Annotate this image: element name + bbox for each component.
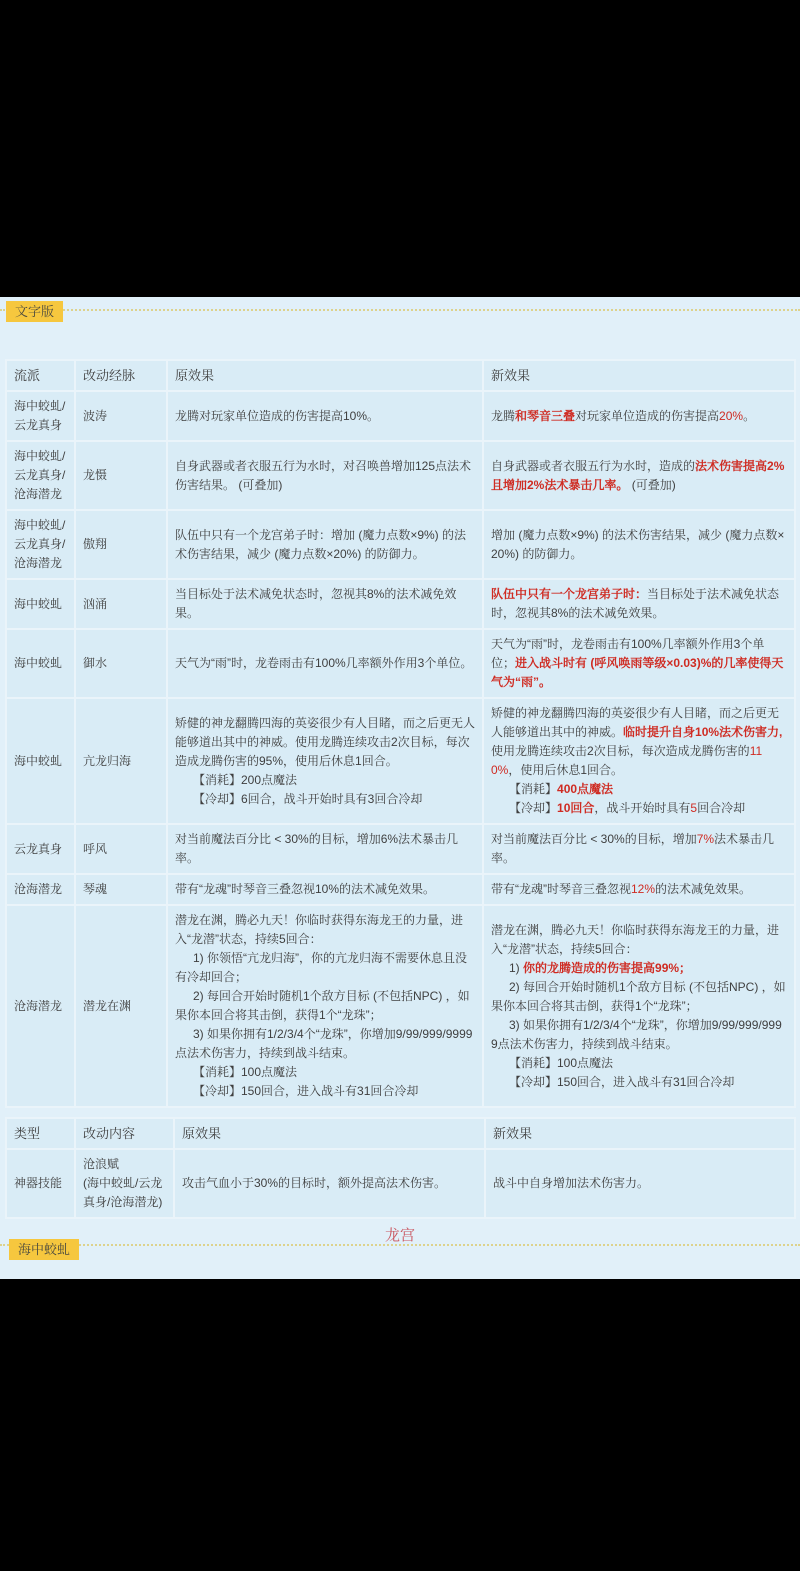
cell-new-effect: 队伍中只有一个龙宫弟子时：当目标处于法术减免状态时，忽视其8%的法术减免效果。	[483, 579, 795, 629]
cell-new-effect: 龙腾和琴音三叠对玩家单位造成的伤害提高20%。	[483, 391, 795, 441]
table-row: 海中蛟虬/云龙真身/沧海潜龙龙慑自身武器或者衣服五行为水时，对召唤兽增加125点…	[6, 441, 795, 510]
cell-old-effect: 龙腾对玩家单位造成的伤害提高10%。	[167, 391, 483, 441]
table-row: 海中蛟虬亢龙归海矫健的神龙翻腾四海的英姿很少有人目睹，而之后更无人能够道出其中的…	[6, 698, 795, 824]
cell-meridian: 呼风	[75, 824, 167, 874]
table-row: 沧海潜龙潜龙在渊潜龙在渊，腾必九天！你临时获得东海龙王的力量，进入“龙潜”状态，…	[6, 905, 795, 1107]
cell-new-effect: 带有“龙魂”时琴音三叠忽视12%的法术减免效果。	[483, 874, 795, 905]
letterbox-top	[0, 0, 800, 297]
cell-old-effect: 攻击气血小于30%的目标时，额外提高法术伤害。	[174, 1149, 485, 1218]
artifact-skill-table: 类型改动内容原效果新效果神器技能沧浪赋 (海中蛟虬/云龙真身/沧海潜龙)攻击气血…	[5, 1117, 796, 1219]
cell-school: 沧海潜龙	[6, 905, 75, 1107]
cell-content: 沧浪赋 (海中蛟虬/云龙真身/沧海潜龙)	[75, 1149, 174, 1218]
meridian-changes-table: 流派改动经脉原效果新效果海中蛟虬/云龙真身波涛龙腾对玩家单位造成的伤害提高10%…	[5, 359, 796, 1108]
cell-school: 云龙真身	[6, 824, 75, 874]
top-dotted-divider	[0, 309, 800, 311]
letterbox-bottom	[0, 1279, 800, 1571]
article-image: 文字版 流派改动经脉原效果新效果海中蛟虬/云龙真身波涛龙腾对玩家单位造成的伤害提…	[0, 297, 800, 1279]
cell-new-effect: 自身武器或者衣服五行为水时，造成的法术伤害提高2%且增加2%法术暴击几率。 (可…	[483, 441, 795, 510]
col-header-content: 改动内容	[75, 1118, 174, 1149]
cell-old-effect: 带有“龙魂”时琴音三叠忽视10%的法术减免效果。	[167, 874, 483, 905]
section-label-text-version: 文字版	[6, 301, 63, 322]
header-row: 类型改动内容原效果新效果	[6, 1118, 795, 1149]
cell-school: 海中蛟虬/云龙真身/沧海潜龙	[6, 441, 75, 510]
col-header-type: 类型	[6, 1118, 75, 1149]
table-row: 沧海潜龙琴魂带有“龙魂”时琴音三叠忽视10%的法术减免效果。带有“龙魂”时琴音三…	[6, 874, 795, 905]
cell-new-effect: 增加 (魔力点数×9%) 的法术伤害结果，减少 (魔力点数×20%) 的防御力。	[483, 510, 795, 579]
cell-meridian: 琴魂	[75, 874, 167, 905]
cell-old-effect: 潜龙在渊，腾必九天！你临时获得东海龙王的力量，进入“龙潜”状态，持续5回合：1)…	[167, 905, 483, 1107]
cell-meridian: 御水	[75, 629, 167, 698]
cell-meridian: 波涛	[75, 391, 167, 441]
cell-new-effect: 战斗中自身增加法术伤害力。	[485, 1149, 795, 1218]
cell-old-effect: 天气为“雨”时，龙卷雨击有100%几率额外作用3个单位。	[167, 629, 483, 698]
cell-new-effect: 矫健的神龙翻腾四海的英姿很少有人目睹，而之后更无人能够道出其中的神威。临时提升自…	[483, 698, 795, 824]
cell-old-effect: 当目标处于法术减免状态时，忽视其8%的法术减免效果。	[167, 579, 483, 629]
cell-meridian: 潜龙在渊	[75, 905, 167, 1107]
section-label-haizhong-jiaoqiu: 海中蛟虬	[9, 1239, 79, 1260]
cell-new-effect: 对当前魔法百分比 < 30%的目标，增加7%法术暴击几率。	[483, 824, 795, 874]
cell-meridian: 傲翔	[75, 510, 167, 579]
cell-meridian: 汹涌	[75, 579, 167, 629]
cell-meridian: 龙慑	[75, 441, 167, 510]
cell-school: 沧海潜龙	[6, 874, 75, 905]
table-row: 云龙真身呼风对当前魔法百分比 < 30%的目标，增加6%法术暴击几率。对当前魔法…	[6, 824, 795, 874]
col-header-school: 流派	[6, 360, 75, 391]
cell-old-effect: 自身武器或者衣服五行为水时，对召唤兽增加125点法术伤害结果。 (可叠加)	[167, 441, 483, 510]
cell-type: 神器技能	[6, 1149, 75, 1218]
cell-school: 海中蛟虬	[6, 629, 75, 698]
cell-school: 海中蛟虬	[6, 698, 75, 824]
col-header-old-effect: 原效果	[174, 1118, 485, 1149]
col-header-new-effect: 新效果	[485, 1118, 795, 1149]
col-header-meridian: 改动经脉	[75, 360, 167, 391]
cell-new-effect: 天气为“雨”时，龙卷雨击有100%几率额外作用3个单位；进入战斗时有 (呼风唤雨…	[483, 629, 795, 698]
cell-school: 海中蛟虬/云龙真身/沧海潜龙	[6, 510, 75, 579]
school-title: 龙宫	[0, 1224, 800, 1245]
table-row: 海中蛟虬汹涌当目标处于法术减免状态时，忽视其8%的法术减免效果。队伍中只有一个龙…	[6, 579, 795, 629]
cell-old-effect: 对当前魔法百分比 < 30%的目标，增加6%法术暴击几率。	[167, 824, 483, 874]
header-row: 流派改动经脉原效果新效果	[6, 360, 795, 391]
cell-school: 海中蛟虬	[6, 579, 75, 629]
cell-old-effect: 矫健的神龙翻腾四海的英姿很少有人目睹，而之后更无人能够道出其中的神威。使用龙腾连…	[167, 698, 483, 824]
col-header-new-effect: 新效果	[483, 360, 795, 391]
cell-new-effect: 潜龙在渊，腾必九天！你临时获得东海龙王的力量，进入“龙潜”状态，持续5回合：1)…	[483, 905, 795, 1107]
cell-school: 海中蛟虬/云龙真身	[6, 391, 75, 441]
table-row: 神器技能沧浪赋 (海中蛟虬/云龙真身/沧海潜龙)攻击气血小于30%的目标时，额外…	[6, 1149, 795, 1218]
table-row: 海中蛟虬/云龙真身/沧海潜龙傲翔队伍中只有一个龙宫弟子时：增加 (魔力点数×9%…	[6, 510, 795, 579]
cell-old-effect: 队伍中只有一个龙宫弟子时：增加 (魔力点数×9%) 的法术伤害结果，减少 (魔力…	[167, 510, 483, 579]
cell-meridian: 亢龙归海	[75, 698, 167, 824]
col-header-old-effect: 原效果	[167, 360, 483, 391]
table-row: 海中蛟虬/云龙真身波涛龙腾对玩家单位造成的伤害提高10%。龙腾和琴音三叠对玩家单…	[6, 391, 795, 441]
table-row: 海中蛟虬御水天气为“雨”时，龙卷雨击有100%几率额外作用3个单位。天气为“雨”…	[6, 629, 795, 698]
